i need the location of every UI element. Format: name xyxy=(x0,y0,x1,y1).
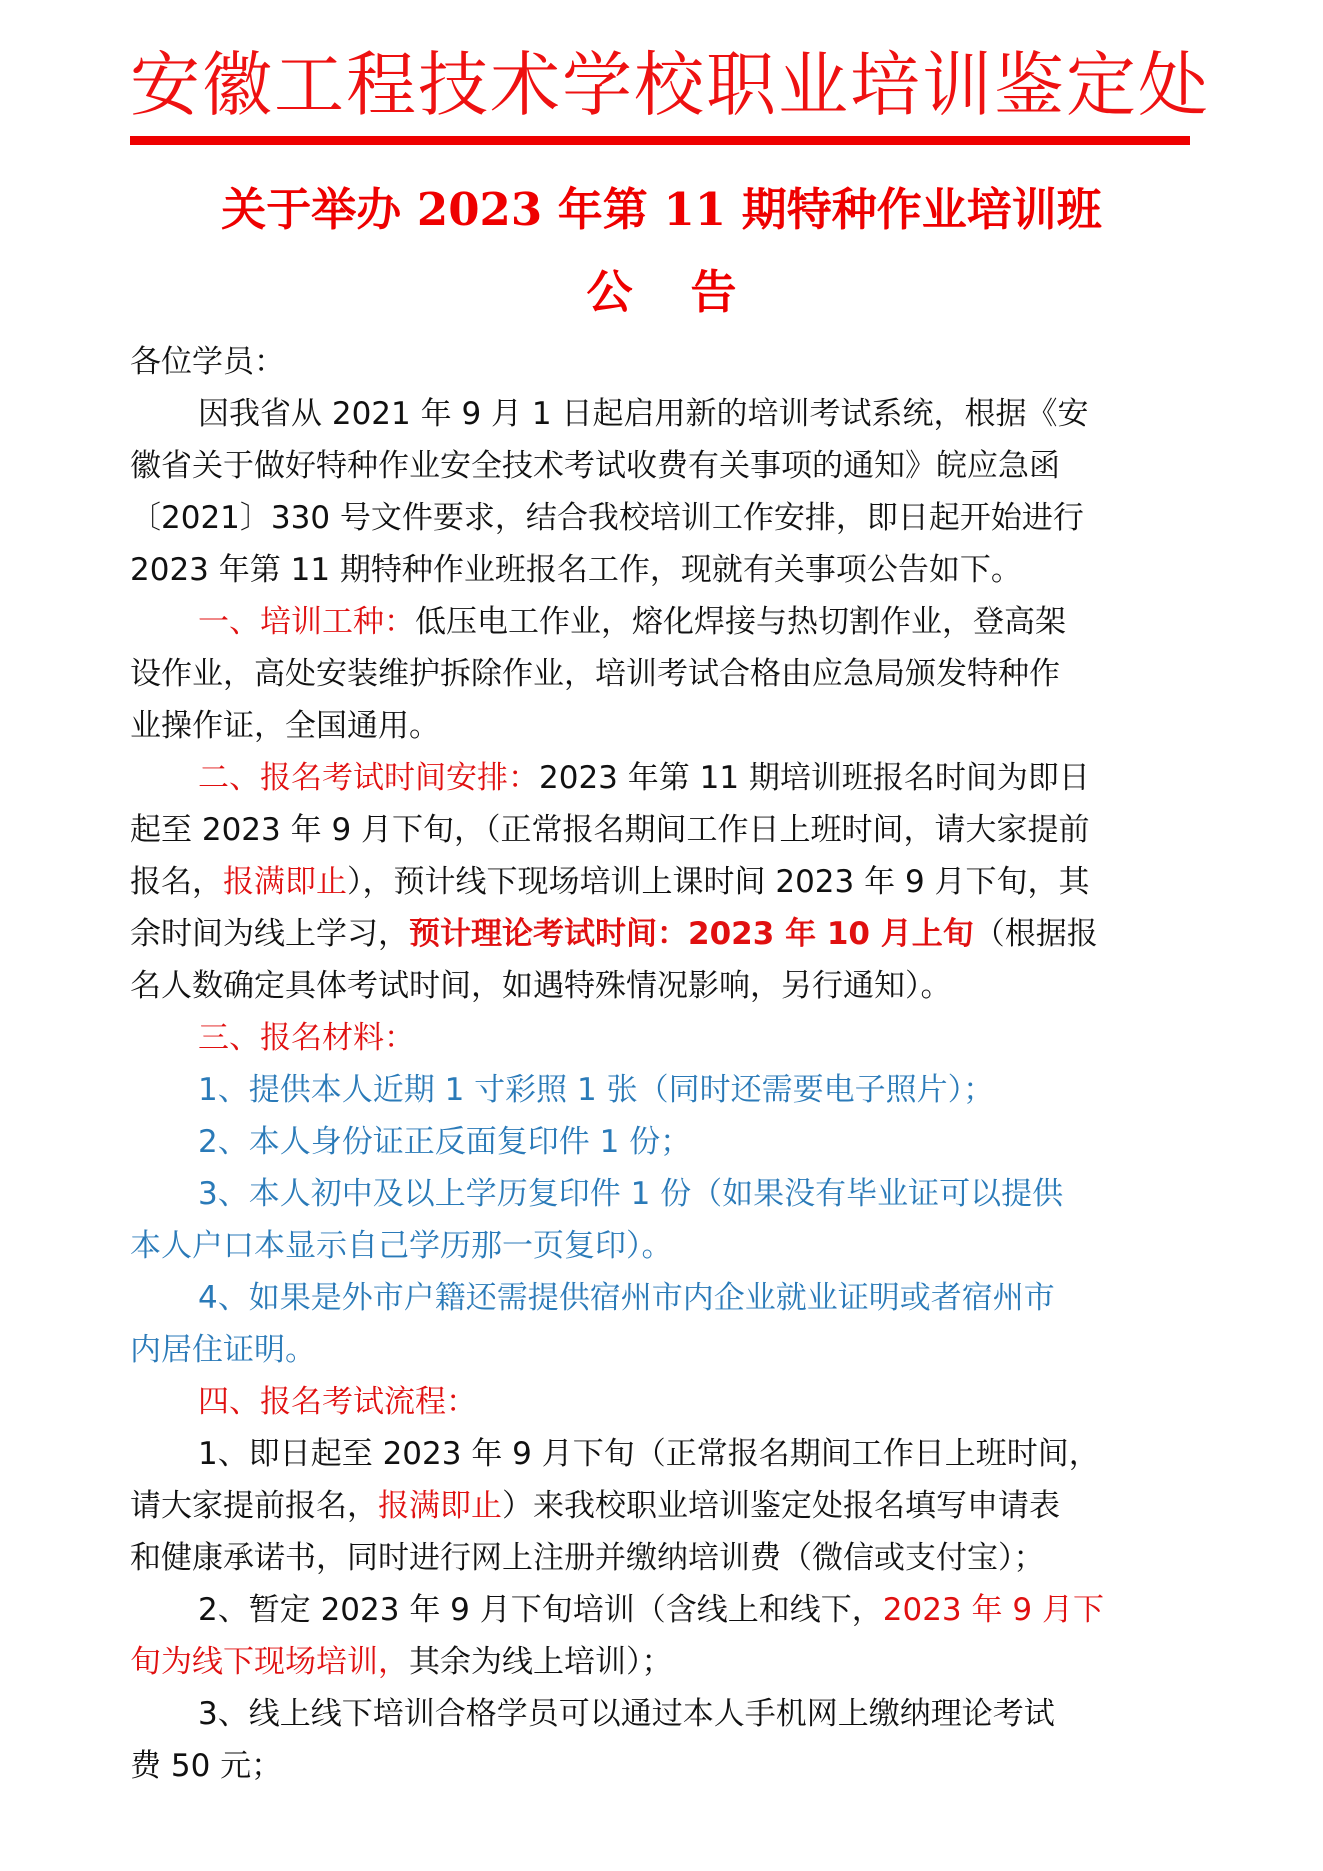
process-text: ）来我校职业培训鉴定处报名填写申请表 xyxy=(502,1488,1060,1524)
section2-text: 报名， xyxy=(130,864,223,900)
section2-line: 名人数确定具体考试时间，如遇特殊情况影响，另行通知）。 xyxy=(130,960,1210,1012)
process-step-cont: 旬为线下现场培训，其余为线上培训）； xyxy=(130,1636,1210,1688)
section2-text: 2023 年第 11 期培训班报名时间为即日 xyxy=(539,760,1090,796)
intro-line: 徽省关于做好特种作业安全技术考试收费有关事项的通知》皖应急函 xyxy=(130,440,1210,492)
section3-heading: 三、报名材料： xyxy=(130,1012,1210,1064)
process-step: 3、线上线下培训合格学员可以通过本人手机网上缴纳理论考试 xyxy=(130,1688,1210,1740)
process-step-cont: 和健康承诺书，同时进行网上注册并缴纳培训费（微信或支付宝）； xyxy=(130,1532,1210,1584)
section2-line: 余时间为线上学习，预计理论考试时间：2023 年 10 月上旬（根据报 xyxy=(130,908,1210,960)
material-item: 3、本人初中及以上学历复印件 1 份（如果没有毕业证可以提供 xyxy=(130,1168,1210,1220)
material-item: 2、本人身份证正反面复印件 1 份； xyxy=(130,1116,1210,1168)
section1-first-line: 一、培训工种：低压电工作业，熔化焊接与热切割作业，登高架 xyxy=(130,596,1210,648)
intro-line: 2023 年第 11 期特种作业班报名工作，现就有关事项公告如下。 xyxy=(130,544,1210,596)
process-text: 请大家提前报名， xyxy=(130,1488,378,1524)
section1-text: 低压电工作业，熔化焊接与热切割作业，登高架 xyxy=(415,604,1066,640)
section1-line: 设作业，高处安装维护拆除作业，培训考试合格由应急局颁发特种作 xyxy=(130,648,1210,700)
intro-line: 因我省从 2021 年 9 月 1 日起启用新的培训考试系统，根据《安 xyxy=(130,388,1210,440)
section2-text: 余时间为线上学习， xyxy=(130,916,409,952)
material-item: 4、如果是外市户籍还需提供宿州市内企业就业证明或者宿州市 xyxy=(130,1272,1210,1324)
section2-text: ），预计线下现场培训上课时间 2023 年 9 月下旬，其 xyxy=(347,864,1090,900)
process-text: 2、暂定 2023 年 9 月下旬培训（含线上和线下， xyxy=(198,1592,883,1628)
section1-heading: 一、培训工种： xyxy=(198,604,415,640)
process-step-cont: 费 50 元； xyxy=(130,1740,1210,1792)
intro-line: 〔2021〕330 号文件要求，结合我校培训工作安排，即日起开始进行 xyxy=(130,492,1210,544)
process-step: 1、即日起至 2023 年 9 月下旬（正常报名期间工作日上班时间， xyxy=(130,1428,1210,1480)
notice-subtitle: 公告 xyxy=(0,262,1323,322)
highlight-full-stop: 报满即止 xyxy=(378,1488,502,1524)
section2-line: 起至 2023 年 9 月下旬，（正常报名期间工作日上班时间，请大家提前 xyxy=(130,804,1210,856)
highlight-offline-training: 旬为线下现场培训， xyxy=(130,1644,409,1680)
greeting: 各位学员： xyxy=(130,336,1210,388)
highlight-offline-date: 2023 年 9 月下 xyxy=(883,1592,1104,1628)
highlight-full-stop: 报满即止 xyxy=(223,864,347,900)
notice-body: 各位学员： 因我省从 2021 年 9 月 1 日起启用新的培训考试系统，根据《… xyxy=(130,336,1210,1792)
org-masthead: 安徽工程技术学校职业培训鉴定处 xyxy=(130,40,1190,130)
process-text: 其余为线上培训）； xyxy=(409,1644,673,1680)
section4-heading: 四、报名考试流程： xyxy=(130,1376,1210,1428)
section2-first-line: 二、报名考试时间安排：2023 年第 11 期培训班报名时间为即日 xyxy=(130,752,1210,804)
section2-heading: 二、报名考试时间安排： xyxy=(198,760,539,796)
material-item-cont: 本人户口本显示自己学历那一页复印）。 xyxy=(130,1220,1210,1272)
process-step-cont: 请大家提前报名，报满即止）来我校职业培训鉴定处报名填写申请表 xyxy=(130,1480,1210,1532)
notice-title: 关于举办 2023 年第 11 期特种作业培训班 xyxy=(0,180,1323,240)
material-item: 1、提供本人近期 1 寸彩照 1 张（同时还需要电子照片）； xyxy=(130,1064,1210,1116)
material-item-cont: 内居住证明。 xyxy=(130,1324,1210,1376)
section2-line: 报名，报满即止），预计线下现场培训上课时间 2023 年 9 月下旬，其 xyxy=(130,856,1210,908)
highlight-exam-date: 预计理论考试时间：2023 年 10 月上旬 xyxy=(409,916,974,952)
section1-line: 业操作证，全国通用。 xyxy=(130,700,1210,752)
section2-text: （根据报 xyxy=(974,916,1098,952)
masthead-divider xyxy=(130,136,1190,145)
process-step: 2、暂定 2023 年 9 月下旬培训（含线上和线下，2023 年 9 月下 xyxy=(130,1584,1210,1636)
